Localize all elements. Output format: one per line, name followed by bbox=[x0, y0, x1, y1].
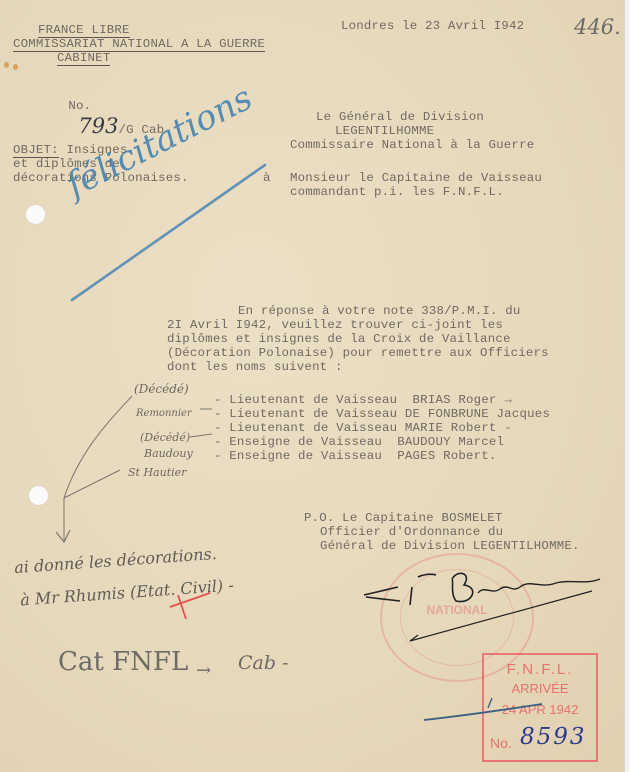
signature-line-3: Général de Division LEGENTILHOMME. bbox=[320, 539, 580, 553]
signature-line-2: Officier d'Ordonnance du bbox=[320, 525, 503, 539]
org-line-cabinet: CABINET bbox=[57, 51, 110, 66]
body-line-1: En réponse à votre note 338/P.M.I. du bbox=[238, 304, 521, 318]
document-page: FRANCE LIBRE COMMISSARIAT NATIONAL A LA … bbox=[0, 0, 630, 772]
red-cross-mark-icon bbox=[160, 585, 220, 625]
officer-row: - Lieutenant de Vaisseau BRIAS Roger → bbox=[214, 393, 512, 407]
rust-stain bbox=[13, 64, 18, 70]
archive-number: 446. bbox=[574, 15, 621, 39]
punch-hole bbox=[26, 205, 45, 224]
officer-row: - Lieutenant de Vaisseau DE FONBRUNE Jac… bbox=[214, 407, 550, 421]
officer-row: - Lieutenant de Vaisseau MARIE Robert - bbox=[214, 421, 512, 435]
org-line-france-libre: FRANCE LIBRE bbox=[38, 23, 130, 38]
number-handwritten: 793 bbox=[78, 114, 118, 138]
recipient-line-1: Monsieur le Capitaine de Vaisseau bbox=[290, 171, 542, 185]
stamp-fnfl: F.N.F.L. bbox=[484, 661, 596, 678]
stamp-no-label: No. bbox=[490, 735, 512, 751]
sender-function: Commissaire National à la Guerre bbox=[290, 138, 534, 152]
number-prefix: No. bbox=[68, 99, 91, 113]
body-line-3: diplômes et insignes de la Croix de Vail… bbox=[167, 332, 511, 346]
body-line-5: dont les noms suivent : bbox=[167, 360, 343, 374]
pencil-arrow-icon bbox=[40, 390, 220, 550]
blue-pencil-line-icon bbox=[420, 690, 550, 730]
sender-title: Le Général de Division bbox=[316, 110, 484, 124]
org-line-commissariat: COMMISSARIAT NATIONAL A LA GUERRE bbox=[13, 37, 265, 52]
subject-label: OBJET: bbox=[13, 143, 59, 158]
routing-note: Cat FNFL bbox=[58, 647, 188, 677]
place-date: Londres le 23 Avril I942 bbox=[341, 19, 524, 33]
routing-destination: Cab - bbox=[238, 652, 289, 674]
body-line-4: (Décoration Polonaise) pour remettre aux… bbox=[167, 346, 549, 360]
officer-row: - Enseigne de Vaisseau PAGES Robert. bbox=[214, 449, 497, 463]
routing-arrow: → bbox=[196, 660, 211, 681]
recipient-line-2: commandant p.i. les F.N.F.L. bbox=[290, 185, 504, 199]
officer-row: - Enseigne de Vaisseau BAUDOUY Marcel bbox=[214, 435, 504, 449]
sender-name: LEGENTILHOMME bbox=[335, 124, 434, 138]
rust-stain bbox=[4, 62, 9, 68]
body-line-2: 2I Avril I942, veuillez trouver ci-joint… bbox=[167, 318, 503, 332]
signature-icon bbox=[360, 565, 610, 645]
signature-line-1: P.O. Le Capitaine BOSMELET bbox=[304, 511, 503, 525]
paper-edge bbox=[624, 0, 630, 772]
